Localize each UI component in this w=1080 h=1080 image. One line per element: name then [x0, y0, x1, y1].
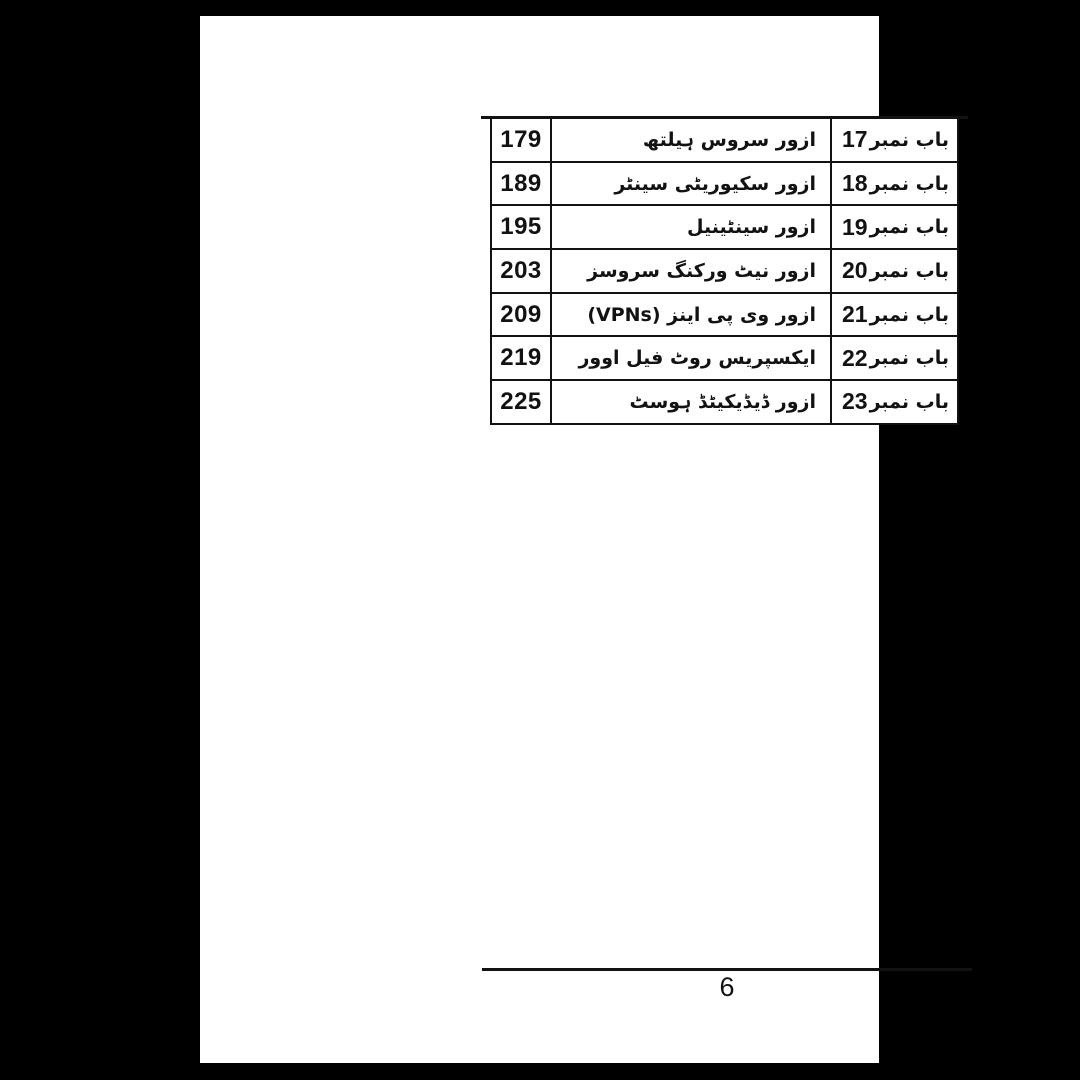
page-number-cell: 209	[492, 294, 552, 336]
chapter-label: باب نمبر	[870, 347, 949, 369]
page-number-cell: 195	[492, 206, 552, 248]
chapter-title-cell: ازور نیٹ ورکنگ سروسز	[552, 250, 832, 292]
book-page: 179 ازور سروس ہیلتھ باب نمبر 17 189 ازور…	[200, 16, 879, 1063]
chapter-number-cell: باب نمبر 19	[832, 206, 957, 248]
chapter-number-cell: باب نمبر 23	[832, 381, 957, 423]
chapter-label: باب نمبر	[870, 173, 949, 195]
chapter-title-cell: ایکسپریس روٹ فیل اوور	[552, 337, 832, 379]
chapter-number: 20	[842, 257, 868, 284]
chapter-title-cell: ازور سروس ہیلتھ	[552, 119, 832, 161]
table-row: 195 ازور سینٹینیل باب نمبر 19	[492, 206, 957, 250]
chapter-number-cell: باب نمبر 17	[832, 119, 957, 161]
chapter-number: 23	[842, 388, 868, 415]
chapter-number: 17	[842, 126, 868, 153]
page-number-cell: 219	[492, 337, 552, 379]
page-number-cell: 189	[492, 163, 552, 205]
table-row: 225 ازور ڈیڈیکیٹڈ ہوسٹ باب نمبر 23	[492, 381, 957, 425]
table-row: 219 ایکسپریس روٹ فیل اوور باب نمبر 22	[492, 337, 957, 381]
page-number-cell: 225	[492, 381, 552, 423]
chapter-number-cell: باب نمبر 20	[832, 250, 957, 292]
footer-rule	[482, 968, 972, 971]
chapter-label: باب نمبر	[870, 260, 949, 282]
page-number-cell: 203	[492, 250, 552, 292]
page-number-cell: 179	[492, 119, 552, 161]
chapter-number: 22	[842, 345, 868, 372]
chapter-number: 21	[842, 301, 868, 328]
scan-backdrop: { "colors": { "backdrop": "#000000", "pa…	[0, 0, 1080, 1080]
table-row: 189 ازور سکیوریٹی سینٹر باب نمبر 18	[492, 163, 957, 207]
chapter-title-cell: ازور سکیوریٹی سینٹر	[552, 163, 832, 205]
chapter-label: باب نمبر	[870, 391, 949, 413]
table-row: 203 ازور نیٹ ورکنگ سروسز باب نمبر 20	[492, 250, 957, 294]
chapter-number-cell: باب نمبر 18	[832, 163, 957, 205]
chapter-number: 18	[842, 170, 868, 197]
toc-table: 179 ازور سروس ہیلتھ باب نمبر 17 189 ازور…	[490, 119, 959, 425]
chapter-label: باب نمبر	[870, 129, 949, 151]
table-row: 179 ازور سروس ہیلتھ باب نمبر 17	[492, 119, 957, 163]
chapter-label: باب نمبر	[870, 216, 949, 238]
chapter-number: 19	[842, 214, 868, 241]
chapter-number-cell: باب نمبر 22	[832, 337, 957, 379]
chapter-number-cell: باب نمبر 21	[832, 294, 957, 336]
footer-page-number: 6	[482, 972, 972, 1003]
chapter-label: باب نمبر	[870, 304, 949, 326]
table-row: 209 ازور وی پی اینز (VPNs) باب نمبر 21	[492, 294, 957, 338]
chapter-title-cell: ازور وی پی اینز (VPNs)	[552, 294, 832, 336]
chapter-title-cell: ازور سینٹینیل	[552, 206, 832, 248]
chapter-title-cell: ازور ڈیڈیکیٹڈ ہوسٹ	[552, 381, 832, 423]
